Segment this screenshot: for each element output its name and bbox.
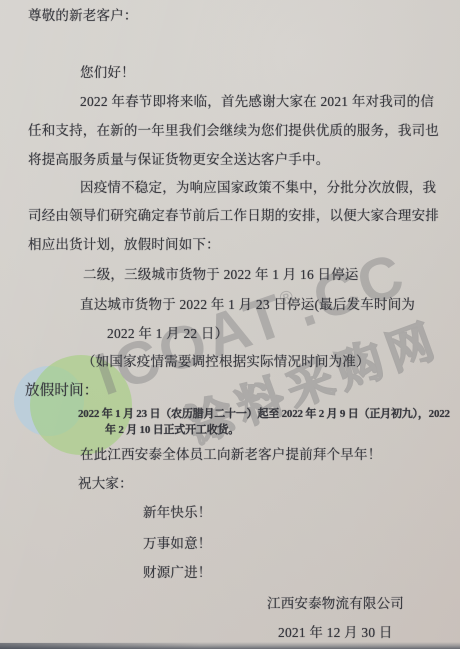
line-body-6: 相应出货计划，放假时间如下： xyxy=(28,233,220,253)
line-wish-happy-new-year: 新年快乐！ xyxy=(143,501,212,521)
letter-photo-background: ICOAT®.CC 涂料采购网 尊敬的新老客户： 您们好！ 2022 年春节即将… xyxy=(0,0,460,649)
line-schedule-direct-cities: 直达城市货物于 2022 年 1 月 23 日停运(最后发车时间为 xyxy=(80,293,415,313)
line-salutation: 尊敬的新老客户： xyxy=(28,4,138,24)
line-wish-all-the-best: 万事如意！ xyxy=(143,532,212,552)
line-holiday-range-1: 2022 年 1 月 23 日（农历腊月二十一）起至 2022 年 2 月 9 … xyxy=(78,405,450,421)
line-wish-prosperity: 财源广进！ xyxy=(143,561,212,581)
line-wish-intro: 祝大家： xyxy=(78,472,133,492)
line-schedule-tier-cities: 二级，三级城市货物于 2022 年 1 月 16 日停运 xyxy=(83,263,359,283)
signature-company: 江西安泰物流有限公司 xyxy=(267,592,404,612)
line-body-5: 司经由领导们研究确定春节前后工作日期的安排，以便大家合理安排 xyxy=(28,204,439,224)
signature-date: 2021 年 12 月 30 日 xyxy=(278,621,393,641)
line-holiday-range-2: 年 2 月 10 日正式开工收货。 xyxy=(105,421,239,437)
photo-bottom-edge-shadow xyxy=(0,643,200,649)
line-pandemic-note: （如国家疫情需要调控根据实际情况时间为准） xyxy=(82,350,370,370)
line-body-2: 任和支持，在新的一年里我们会继续为您们提供优质的服务，我司也 xyxy=(28,119,439,139)
line-holiday-heading: 放假时间： xyxy=(25,379,99,400)
line-schedule-last-truck-date: 2022 年 1 月 22 日） xyxy=(107,322,228,342)
line-early-new-year-greeting: 在此江西安泰全体员工向新老客户提前拜个早年！ xyxy=(80,443,381,463)
line-body-4: 因疫情不稳定，为响应国家政策不集中，分批分次放假，我 xyxy=(80,176,436,196)
line-body-3: 将提高服务质量与保证货物更安全送达客户手中。 xyxy=(28,148,329,168)
line-greeting: 您们好！ xyxy=(80,61,135,81)
line-body-1: 2022 年春节即将来临，首先感谢大家在 2021 年对我司的信 xyxy=(80,90,434,110)
